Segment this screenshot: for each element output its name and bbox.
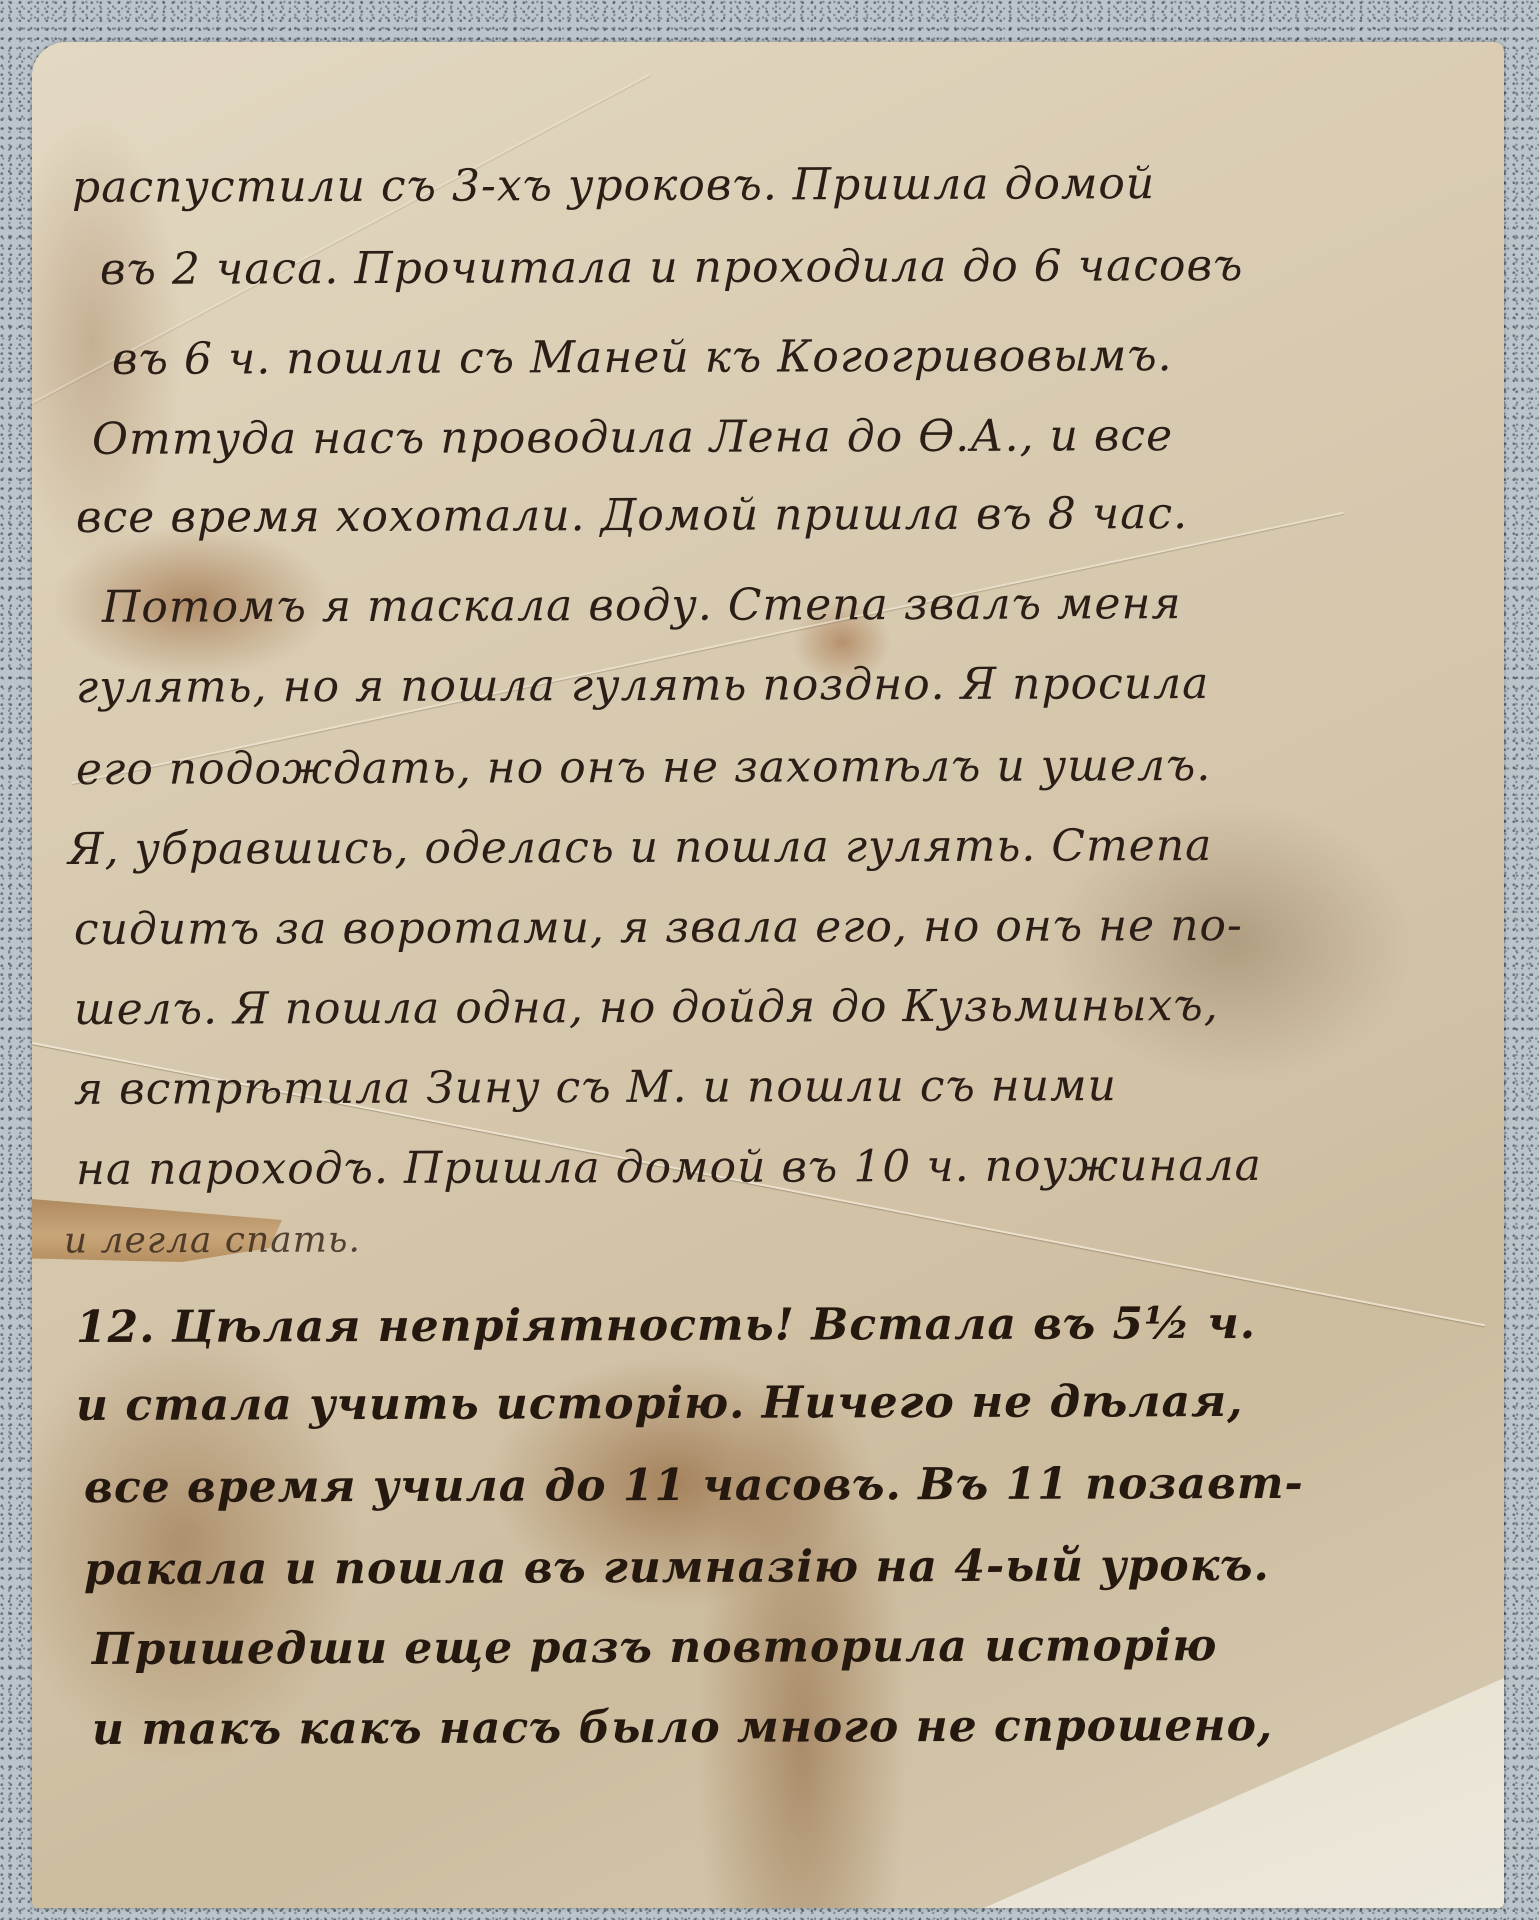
text-line-5: все время хохотали. Домой пришла въ 8 ча… <box>76 488 1188 543</box>
text-line-2: въ 2 часа. Прочитала и проходила до 6 ча… <box>100 240 1244 295</box>
text-line-12: я встрѣтила Зину съ М. и пошли съ ними <box>74 1060 1117 1115</box>
text-line-16: и стала учить исторію. Ничего не дѣлая, <box>76 1376 1244 1431</box>
text-line-20: и такъ какъ насъ было много не спрошено, <box>92 1700 1273 1755</box>
text-line-1: распустили съ 3-хъ уроковъ. Пришла домой <box>72 158 1155 213</box>
paper-sheet: распустили съ 3-хъ уроковъ. Пришла домой… <box>32 42 1504 1908</box>
text-line-4: Оттуда насъ проводила Лена до Ѳ.А., и вс… <box>92 410 1173 465</box>
text-line-15-entry-12: 12. Цѣлая непріятность! Встала въ 5½ ч. <box>76 1298 1256 1353</box>
handwritten-text: распустили съ 3-хъ уроковъ. Пришла домой… <box>32 42 1504 1908</box>
text-line-8: его подождать, но онъ не захотѣлъ и ушел… <box>76 740 1211 795</box>
text-line-17: все время учила до 11 часовъ. Въ 11 поза… <box>84 1458 1304 1513</box>
text-line-10: сидитъ за воротами, я звала его, но онъ … <box>74 900 1243 955</box>
text-line-6: Потомъ я таскала воду. Степа звалъ меня <box>102 578 1182 633</box>
text-line-14: и легла спать. <box>64 1219 361 1261</box>
text-line-11: шелъ. Я пошла одна, но дойдя до Кузьмины… <box>74 980 1219 1035</box>
text-line-13: на пароходъ. Пришла домой въ 10 ч. поужи… <box>76 1140 1262 1195</box>
text-line-18: ракала и пошла въ гимназію на 4-ый урокъ… <box>84 1540 1270 1595</box>
text-line-3: въ 6 ч. пошли съ Маней къ Когогривовымъ. <box>112 330 1173 385</box>
text-line-7: гулять, но я пошла гулять поздно. Я прос… <box>76 658 1210 713</box>
text-line-19: Пришедши еще разъ повторила исторію <box>92 1620 1218 1675</box>
text-line-9: Я, убравшись, оделась и пошла гулять. Ст… <box>68 820 1213 875</box>
